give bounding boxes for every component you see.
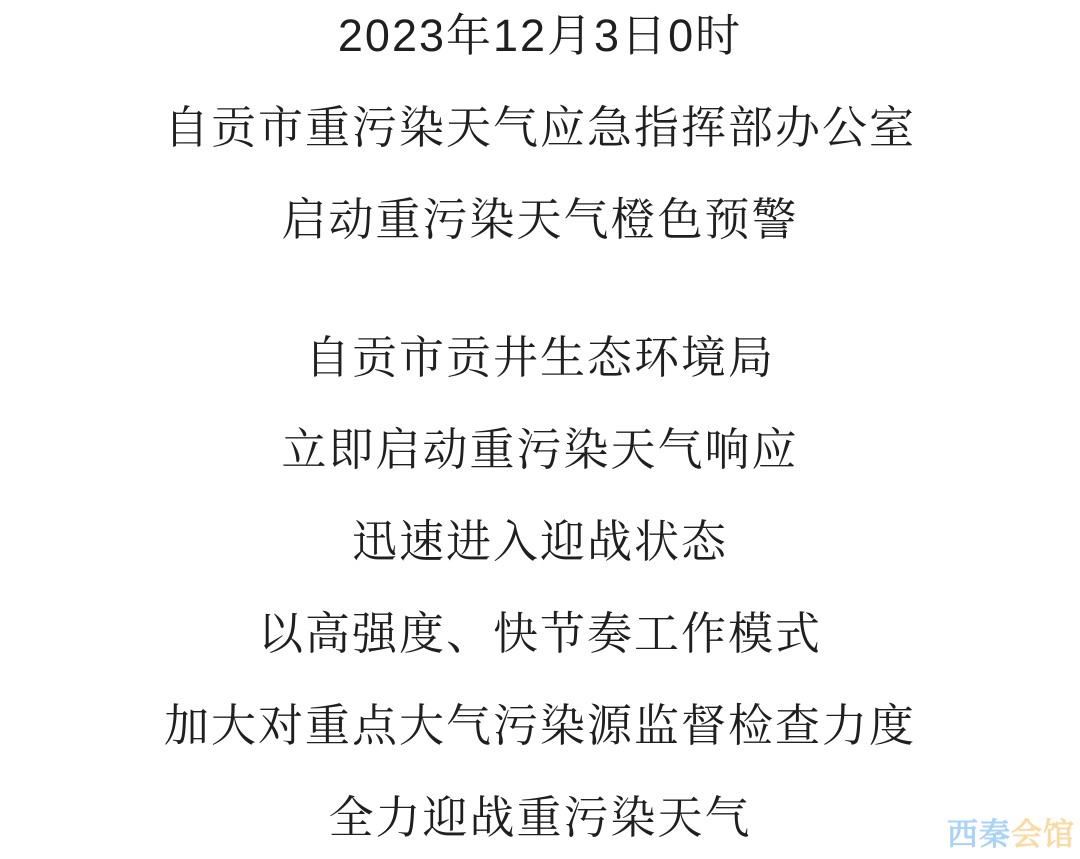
announcement-line-ready-state: 迅速进入迎战状态 [0,496,1080,588]
announcement-line-response: 立即启动重污染天气响应 [0,404,1080,496]
announcement-line-closing: 全力迎战重污染天气 [0,772,1080,859]
announcement-line-inspection: 加大对重点大气污染源监督检查力度 [0,680,1080,772]
watermark-part-blue: 西秦 [947,817,1011,852]
warning-paragraph: 2023年12月3日0时 自贡市重污染天气应急指挥部办公室 启动重污染天气橙色预… [0,0,1080,266]
announcement-line-office: 自贡市重污染天气应急指挥部办公室 [0,82,1080,174]
watermark-part-orange: 会馆 [1011,817,1075,852]
announcement-line-work-mode: 以高强度、快节奏工作模式 [0,588,1080,680]
announcement-line-bureau: 自贡市贡井生态环境局 [0,312,1080,404]
announcement-line-orange-alert: 启动重污染天气橙色预警 [0,174,1080,266]
announcement-line-date: 2023年12月3日0时 [0,0,1080,82]
watermark: 西秦会馆 [947,819,1075,850]
announcement-image: 2023年12月3日0时 自贡市重污染天气应急指挥部办公室 启动重污染天气橙色预… [0,0,1080,859]
announcement-text: 2023年12月3日0时 自贡市重污染天气应急指挥部办公室 启动重污染天气橙色预… [0,0,1080,859]
response-paragraph: 自贡市贡井生态环境局 立即启动重污染天气响应 迅速进入迎战状态 以高强度、快节奏… [0,312,1080,859]
